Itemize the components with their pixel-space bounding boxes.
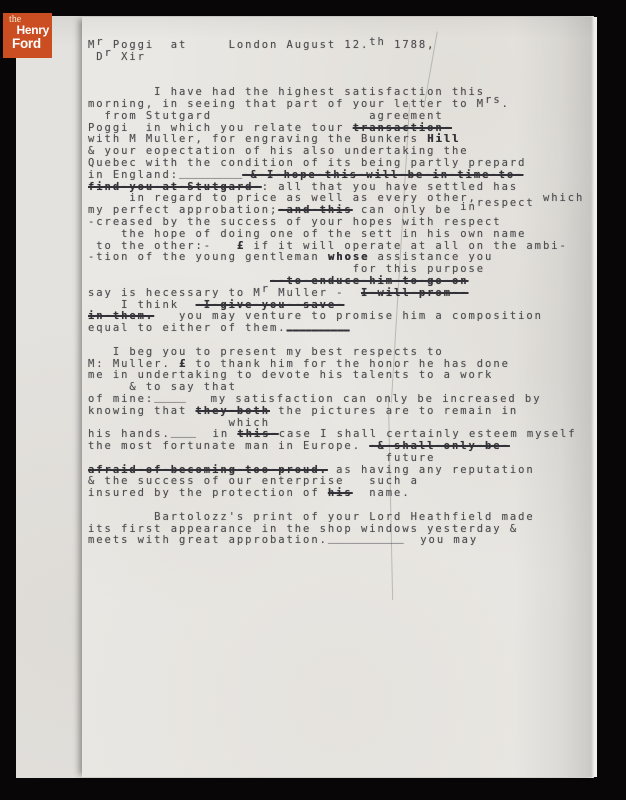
letter-body: Mr Poggi at London August 12.th 1788, Dr…	[88, 40, 594, 547]
letter-line: insured by the protection of his name.	[88, 488, 594, 500]
photo-background: Mr Poggi at London August 12.th 1788, Dr…	[0, 0, 626, 800]
letter-line: Dr Xir	[88, 52, 594, 64]
letter-line: Mr Poggi at London August 12.th 1788,	[88, 40, 594, 52]
letter-line	[88, 64, 594, 76]
logo-word-henry: Henry	[16, 23, 49, 37]
letter-line: meets with great approbation.___________…	[88, 535, 594, 547]
logo-word-ford: Ford	[12, 36, 41, 51]
henry-ford-logo: the Henry Ford	[3, 13, 52, 58]
letter-sheet: Mr Poggi at London August 12.th 1788, Dr…	[82, 17, 597, 777]
letter-line: equal to either of them.__________	[88, 323, 594, 335]
